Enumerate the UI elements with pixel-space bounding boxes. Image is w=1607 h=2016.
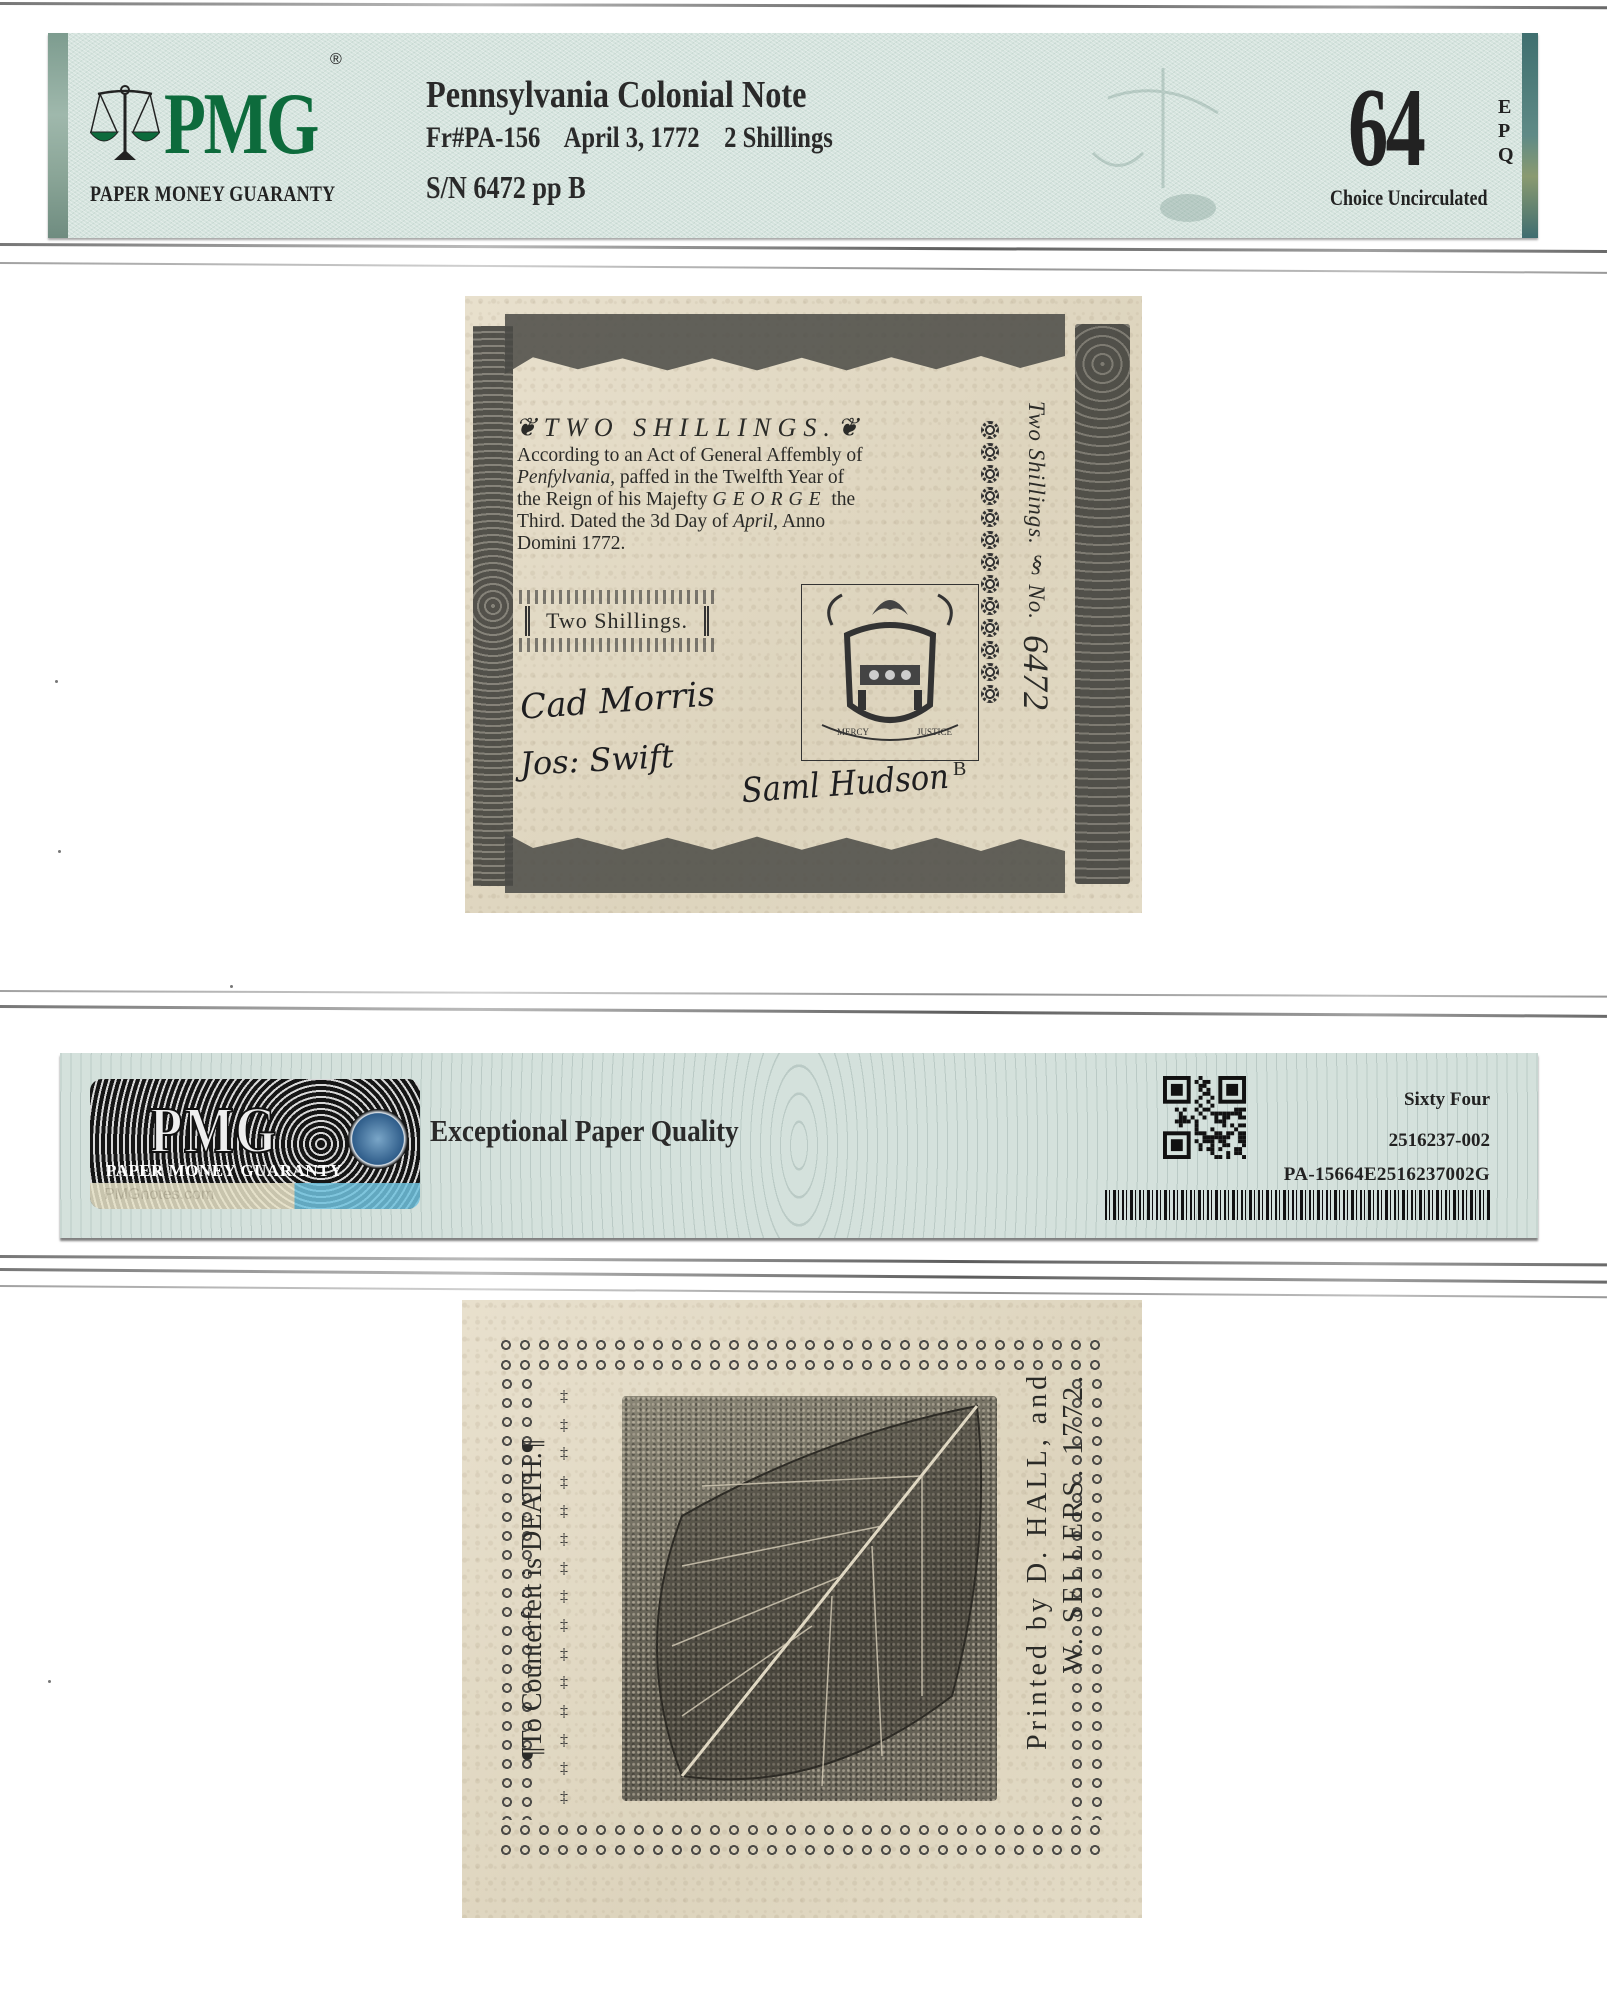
- ornamental-ribbon-top: [505, 314, 1065, 374]
- scroll-border-bottom: [497, 1820, 1107, 1860]
- epq-letter: P: [1498, 119, 1514, 143]
- denomination-text: Two Shillings.: [525, 606, 709, 636]
- brand-tagline: PAPER MONEY GUARANTY: [90, 181, 335, 207]
- dust-speck: [48, 1680, 51, 1683]
- pmg-wordmark: PMG: [164, 85, 317, 165]
- holder-edge: [0, 1268, 1607, 1284]
- certification-number: 2516237-002: [1389, 1130, 1490, 1152]
- epq-letter: E: [1498, 95, 1514, 119]
- double-dagger-icon: ‡: [560, 1476, 568, 1490]
- epq-statement: Exceptional Paper Quality: [430, 1113, 739, 1149]
- handwritten-serial: 6472: [1016, 635, 1056, 711]
- double-dagger-icon: ‡: [560, 1762, 568, 1776]
- ornament-border: [519, 638, 715, 652]
- rosette-icon: [981, 619, 999, 637]
- nature-print-leaf: [622, 1396, 997, 1801]
- legal-text-line: the Reign of his Majefty GEORGE the: [517, 489, 977, 511]
- dust-speck: [58, 850, 61, 853]
- holder-edge: [0, 1255, 1607, 1266]
- legal-text-line: Domini 1772.: [517, 533, 977, 555]
- issue-date: April 3, 1772: [564, 121, 700, 154]
- note-title: Pennsylvania Colonial Note: [426, 73, 806, 117]
- watermark-scales-icon: [1088, 58, 1238, 228]
- hologram-tagline: PAPER MONEY GUARANTY: [106, 1161, 343, 1181]
- signature: Saml Hudson: [740, 757, 950, 811]
- double-dagger-icon: ‡: [560, 1505, 568, 1519]
- holder-edge: [0, 1005, 1607, 1018]
- double-dagger-icon: ‡: [560, 1419, 568, 1433]
- rosette-icon: [981, 663, 999, 681]
- double-dagger-icon: ‡: [560, 1562, 568, 1576]
- rosette-icon: [981, 465, 999, 483]
- signature: Cad Morris: [519, 674, 716, 728]
- double-dagger-icon: ‡: [560, 1447, 568, 1461]
- ornamental-column-right: [1075, 324, 1130, 884]
- vertical-denomination-text: Two Shillings. § No. 6472: [1015, 401, 1057, 711]
- counterfeit-warning: ¶To Counterfeit is DEATH.¶: [517, 1380, 549, 1820]
- double-dagger-icon: ‡: [560, 1648, 568, 1662]
- grade-in-words: Sixty Four: [1404, 1089, 1490, 1111]
- security-hologram: PMG PAPER MONEY GUARANTY PMGnotes.com: [90, 1079, 420, 1209]
- rosette-icon: [981, 487, 999, 505]
- legal-text-line: According to an Act of General Affembly …: [517, 445, 977, 467]
- svg-text:JUSTICE: JUSTICE: [917, 727, 953, 737]
- barcode-text: PA-15664E2516237002G: [1284, 1164, 1490, 1186]
- grading-label-front: PMG ® PAPER MONEY GUARANTY Pennsylvania …: [48, 33, 1538, 238]
- double-dagger-icon: ‡: [560, 1390, 568, 1404]
- epq-letter: Q: [1498, 143, 1514, 167]
- hologram-url-strip: PMGnotes.com: [90, 1183, 420, 1209]
- holder-edge: [0, 1285, 1607, 1298]
- grading-label-back: PMG PAPER MONEY GUARANTY PMGnotes.com Ex…: [60, 1053, 1538, 1238]
- denomination-box: Two Shillings.: [513, 588, 721, 668]
- rosette-icon: [981, 685, 999, 703]
- dust-speck: [55, 680, 58, 683]
- scales-of-justice-icon: [90, 80, 160, 165]
- rosette-icon: [981, 575, 999, 593]
- catalog-number: Fr#PA-156: [426, 121, 540, 154]
- plate-letter: B: [953, 758, 966, 781]
- dust-speck: [230, 985, 233, 988]
- note-details: Fr#PA-156 April 3, 1772 2 Shillings: [426, 121, 833, 155]
- pmg-logo: PMG: [90, 65, 360, 165]
- double-dagger-icon: ‡: [560, 1734, 568, 1748]
- holder-edge: [0, 2, 1607, 9]
- coat-of-arms-icon: MERCY JUSTICE: [802, 585, 978, 760]
- double-dagger-icon: ‡: [560, 1590, 568, 1604]
- cross-ornament-column: ‡‡‡‡‡‡‡‡‡‡‡‡‡‡‡: [557, 1390, 571, 1805]
- rosette-icon: [981, 443, 999, 461]
- double-dagger-icon: ‡: [560, 1705, 568, 1719]
- rosette-icon: [981, 553, 999, 571]
- ornament-border: [519, 590, 715, 604]
- signature: Jos: Swift: [519, 737, 674, 783]
- registered-mark: ®: [330, 51, 342, 69]
- ornamental-ribbon-bottom: [505, 833, 1065, 893]
- scroll-border-top: [497, 1335, 1107, 1375]
- serial-number: S/N 6472 pp B: [426, 169, 586, 206]
- banknote-front: ❦TWO SHILLINGS.❦ According to an Act of …: [465, 296, 1142, 913]
- holder-edge: [0, 262, 1607, 274]
- note-legal-text: According to an Act of General Affembly …: [517, 445, 977, 555]
- rosette-icon: [981, 531, 999, 549]
- printer-imprint: W. SELLERS. 1772. Printed by D. HALL, an…: [1020, 1372, 1092, 1822]
- holder-edge: [0, 990, 1607, 998]
- printer-line-2: W. SELLERS. 1772.: [1058, 1372, 1090, 1822]
- label-edge-strip: [1522, 33, 1538, 238]
- double-dagger-icon: ‡: [560, 1533, 568, 1547]
- grade-description: Choice Uncirculated: [1330, 185, 1488, 211]
- barcode-icon: [1105, 1190, 1491, 1220]
- grade-number: 64: [1348, 73, 1423, 183]
- hologram-wordmark: PMG: [150, 1093, 278, 1169]
- double-dagger-icon: ‡: [560, 1619, 568, 1633]
- rosette-icon: [981, 421, 999, 439]
- svg-text:MERCY: MERCY: [837, 727, 870, 737]
- legal-text-line: Penfylvania, paffed in the Twelfth Year …: [517, 467, 977, 489]
- double-dagger-icon: ‡: [560, 1791, 568, 1805]
- hologram-seal-icon: [348, 1109, 408, 1169]
- printer-line-1: Printed by D. HALL, and: [1022, 1372, 1054, 1822]
- qr-code-icon[interactable]: [1163, 1076, 1246, 1159]
- banknote-back: ¶To Counterfeit is DEATH.¶ ‡‡‡‡‡‡‡‡‡‡‡‡‡…: [462, 1300, 1142, 1918]
- denomination: 2 Shillings: [724, 121, 833, 154]
- rosette-column: [981, 421, 1003, 703]
- holder-edge: [0, 243, 1607, 253]
- double-dagger-icon: ‡: [560, 1676, 568, 1690]
- ornamental-column-left: [473, 326, 513, 886]
- coat-of-arms: MERCY JUSTICE: [801, 584, 979, 761]
- label-edge-strip: [48, 33, 68, 238]
- leaf-icon: [622, 1396, 997, 1801]
- note-heading: ❦TWO SHILLINGS.❦: [515, 413, 866, 443]
- legal-text-line: Third. Dated the 3d Day of April, Anno: [517, 511, 977, 533]
- rosette-icon: [981, 641, 999, 659]
- rosette-icon: [981, 509, 999, 527]
- epq-designation: E P Q: [1498, 95, 1514, 167]
- rosette-icon: [981, 597, 999, 615]
